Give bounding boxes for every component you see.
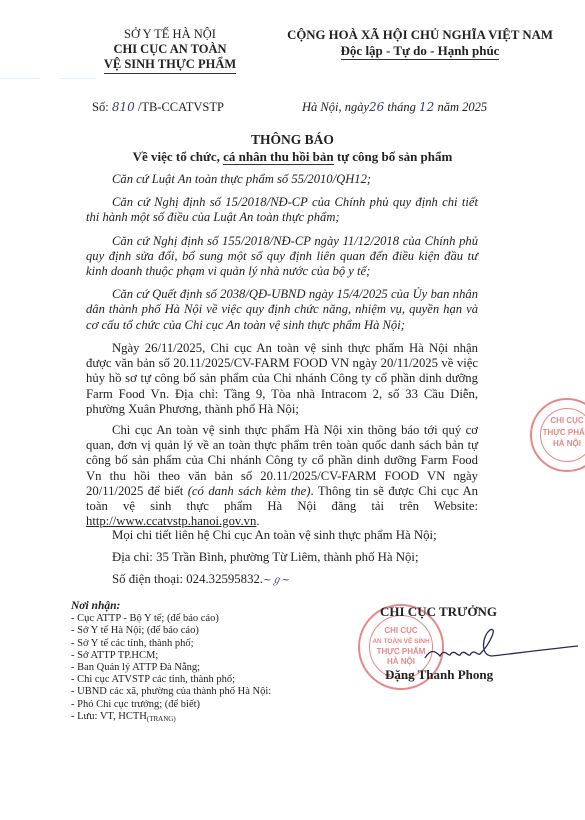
document-subtitle: Về việc tổ chức, cá nhân thu hồi bản tự …: [0, 149, 585, 165]
document-title: THÔNG BÁO: [0, 132, 585, 148]
national-header: CỘNG HOÀ XÃ HỘI CHỦ NGHĨA VIỆT NAM Độc l…: [255, 27, 585, 60]
legal-bases: Căn cứ Luật An toàn thực phẩm số 55/2010…: [86, 172, 478, 333]
handwritten-month: 12: [419, 100, 434, 114]
recipients-list: Nơi nhận: - Cục ATTP - Bộ Y tế; (để báo …: [71, 600, 271, 725]
recipients-heading: Nơi nhận:: [71, 600, 271, 612]
handwritten-number: 810: [112, 100, 135, 114]
paragraph-receipt: Ngày 26/11/2025, Chi cục An toàn vệ sinh…: [86, 341, 478, 417]
issue-date: Hà Nội, ngày26 tháng 12 năm 2025: [302, 100, 487, 115]
recipient-item: - Phó Chi cục trưởng; (để biết): [71, 699, 271, 711]
page-edge-seal-stamp: CHI CỤC THỰC PHẨM HÀ NỘI: [530, 398, 585, 472]
recipient-item: - Ban Quản lý ATTP Đà Nẵng;: [71, 662, 271, 674]
contact-line: Mọi chi tiết liên hệ Chi cục An toàn vệ …: [86, 528, 437, 543]
signatory-title: CHI CỤC TRƯỞNG: [380, 604, 497, 620]
recipient-item: - Sở Y tế Hà Nội; (để báo cáo): [71, 625, 271, 637]
recipient-item: - Lưu: VT, HCTH(TRANG): [71, 711, 271, 725]
agency-name-line1: CHI CỤC AN TOÀN: [95, 42, 245, 57]
phone-line: Số điện thoại: 024.32595832.~ℊ~: [86, 571, 290, 587]
scan-artifact-line: [0, 78, 585, 79]
ministry-name: SỞ Y TẾ HÀ NỘI: [95, 27, 245, 42]
handwritten-day: 26: [369, 100, 384, 114]
agency-name-line2: VỆ SINH THỰC PHẨM: [104, 57, 236, 74]
signatory-name: Đặng Thanh Phong: [385, 667, 493, 683]
recipient-item: - Chi cục ATVSTP các tỉnh, thành phố;: [71, 674, 271, 686]
website-link[interactable]: http://www.ccatvstp.hanoi.gov.vn: [86, 514, 256, 528]
legal-basis: Căn cứ Nghị định số 155/2018/NĐ-CP ngày …: [86, 234, 478, 280]
document-number: Số: 810 /TB-CCATVSTP: [92, 100, 224, 115]
recipient-item: - UBND các xã, phường của thành phố Hà N…: [71, 686, 271, 698]
nation-name: CỘNG HOÀ XÃ HỘI CHỦ NGHĨA VIỆT NAM: [255, 27, 585, 43]
legal-basis: Căn cứ Nghị định số 15/2018/NĐ-CP của Ch…: [86, 195, 478, 225]
recipient-item: - Cục ATTP - Bộ Y tế; (để báo cáo): [71, 613, 271, 625]
paragraph-announcement: Chi cục An toàn vệ sinh thực phẩm Hà Nội…: [86, 423, 478, 529]
handwritten-signature: [420, 626, 580, 666]
address-line: Địa chỉ: 35 Trần Bình, phường Từ Liêm, t…: [86, 550, 419, 565]
legal-basis: Căn cứ Luật An toàn thực phẩm số 55/2010…: [86, 172, 478, 187]
recipient-item: - Sở Y tế các tỉnh, thành phố;: [71, 638, 271, 650]
legal-basis: Căn cứ Quết định số 2038/QĐ-UBND ngày 15…: [86, 287, 478, 333]
issuing-agency-block: SỞ Y TẾ HÀ NỘI CHI CỤC AN TOÀN VỆ SINH T…: [95, 27, 245, 74]
recipient-item: - Sở ATTP TP.HCM;: [71, 650, 271, 662]
initials-mark: ~ℊ~: [263, 575, 290, 586]
national-motto: Độc lập - Tự do - Hạnh phúc: [341, 43, 500, 60]
